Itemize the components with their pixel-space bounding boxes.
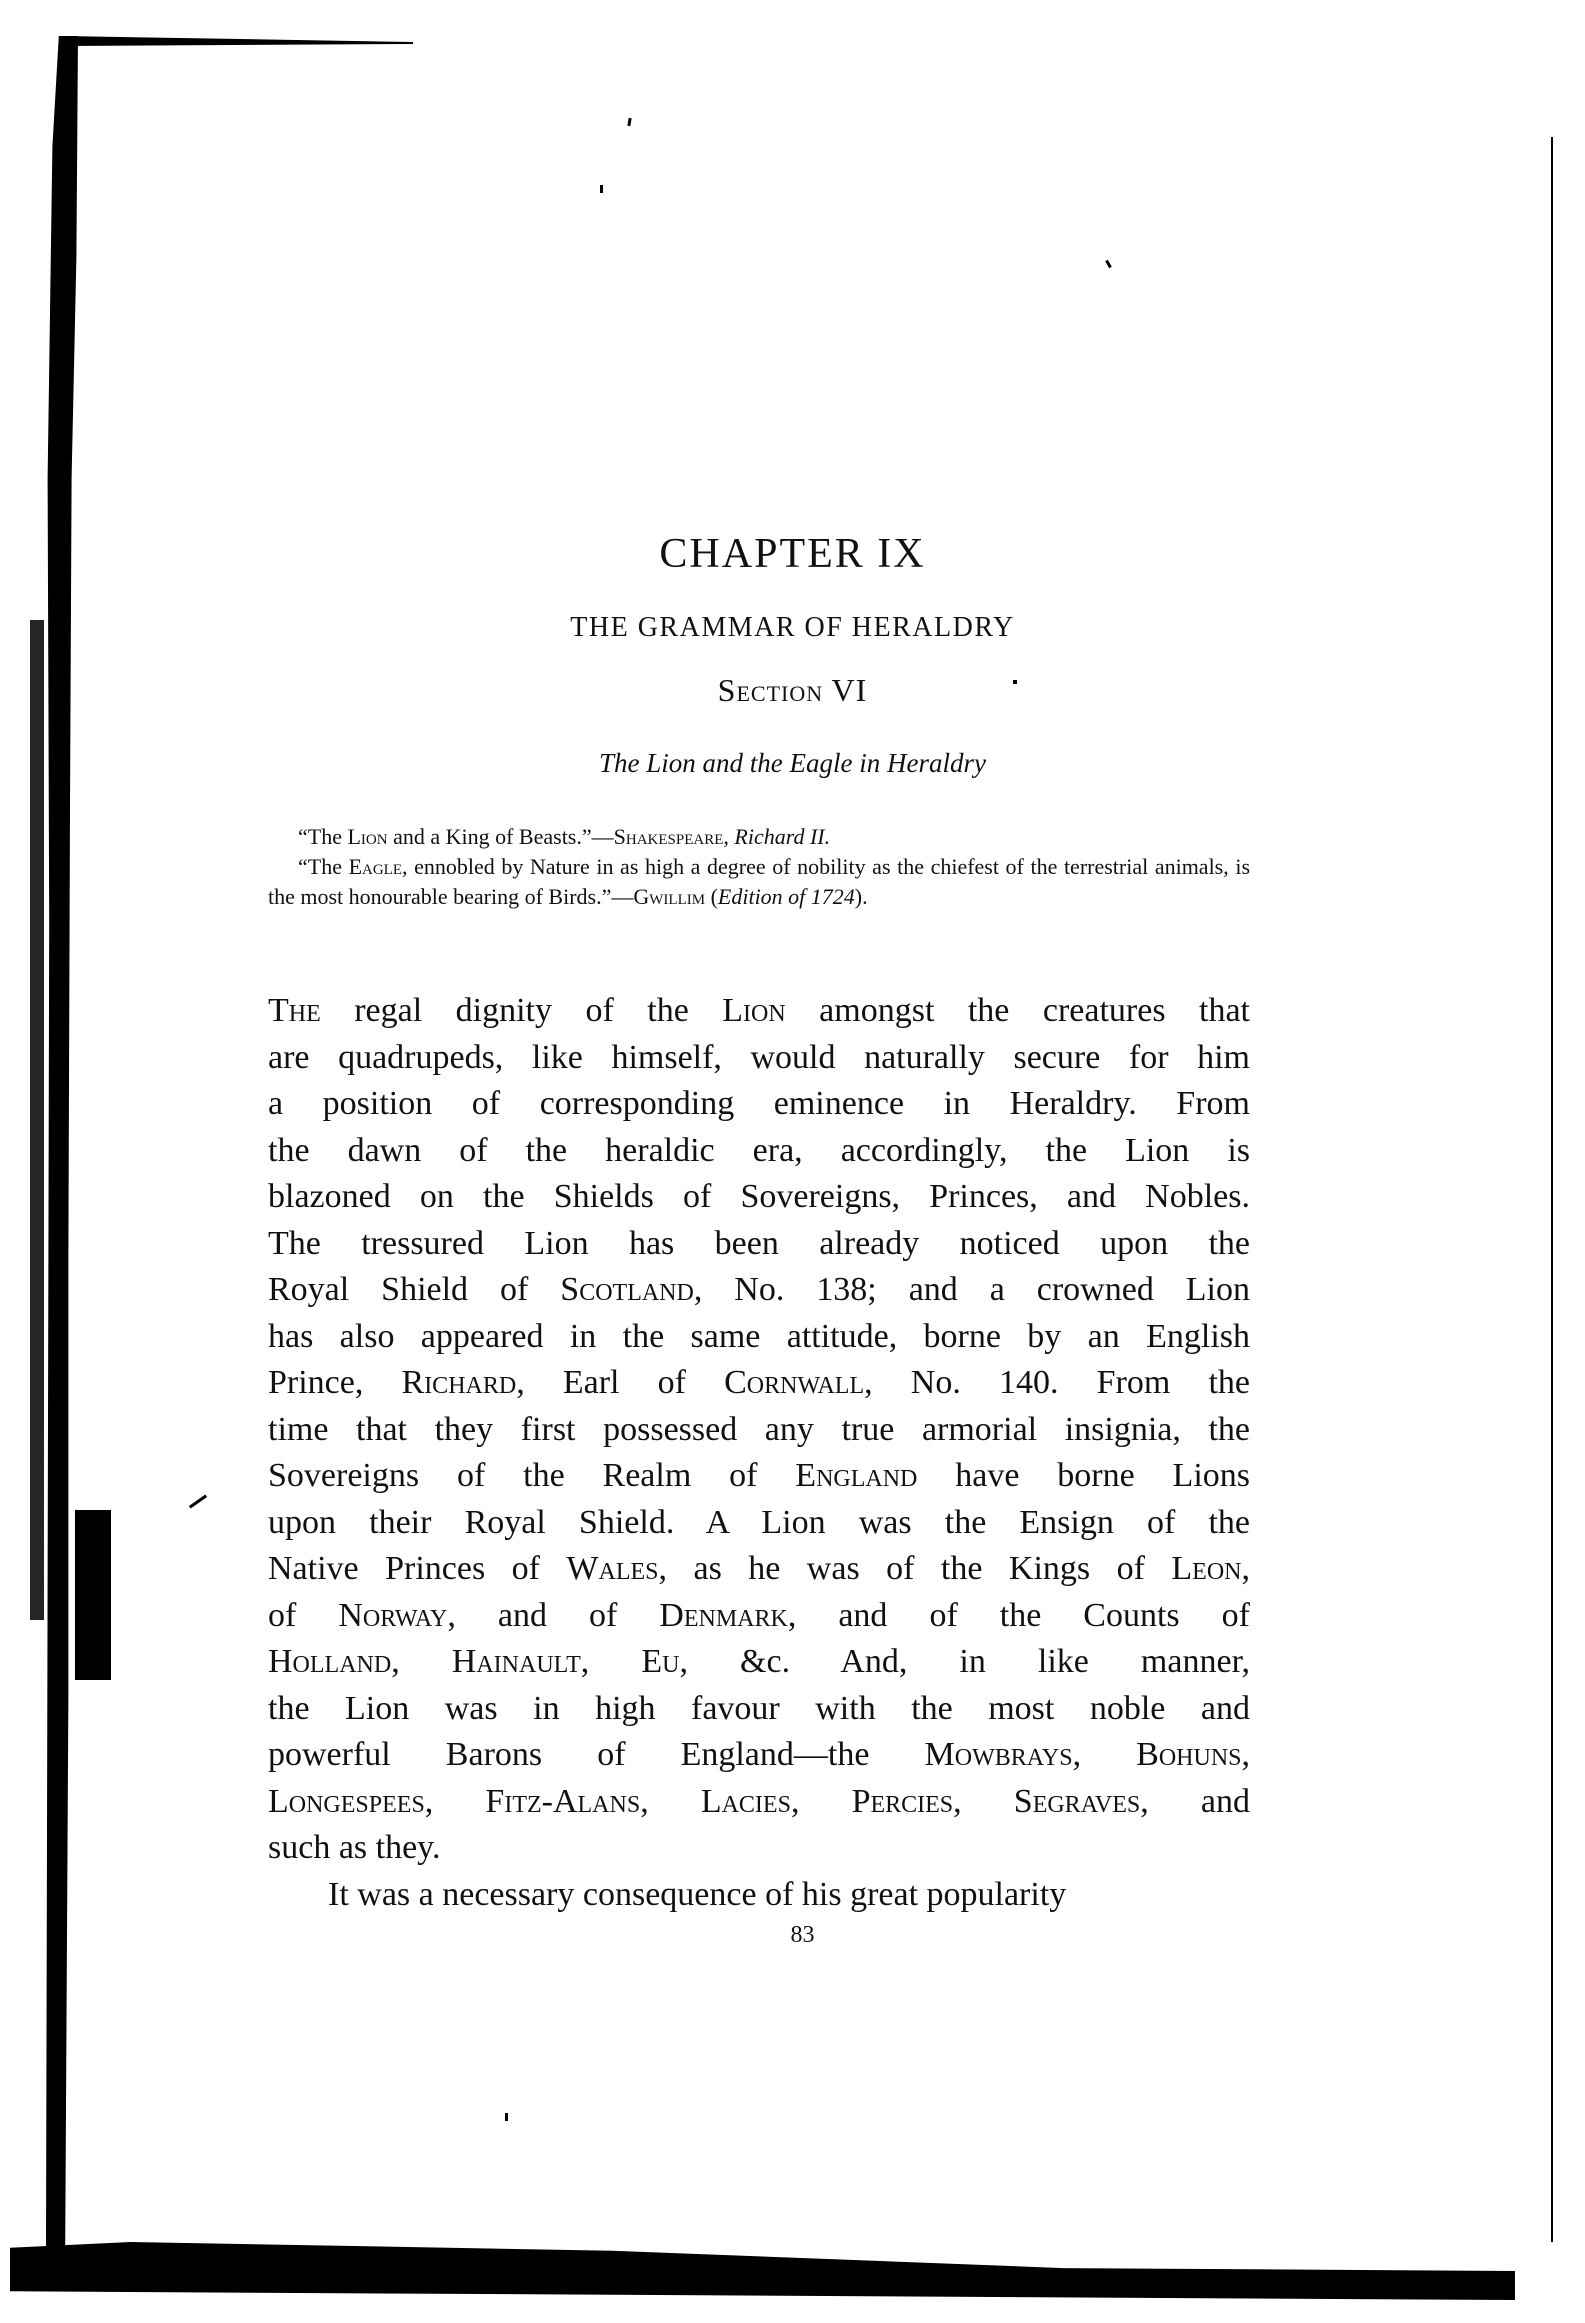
text-segment: blazoned on the Shields of Sovereigns, P… bbox=[268, 1178, 1250, 1215]
text-segment: , bbox=[1073, 1736, 1137, 1773]
text-line: a position of corresponding eminence in … bbox=[268, 1081, 1250, 1128]
text-line: the Lion was in high favour with the mos… bbox=[268, 1686, 1250, 1733]
paragraph-1: The regal dignity of the Lion amongst th… bbox=[268, 988, 1250, 1872]
text-segment: , Earl of bbox=[516, 1364, 724, 1401]
chapter-title: CHAPTER IX bbox=[0, 530, 1585, 578]
epigraph-close: ). bbox=[855, 884, 868, 909]
proper-name: Mowbrays bbox=[925, 1736, 1073, 1773]
proper-name: Denmark bbox=[659, 1597, 788, 1634]
proper-name: Longespees bbox=[268, 1783, 425, 1820]
scan-speck bbox=[505, 2113, 508, 2121]
text-segment: , bbox=[953, 1783, 1014, 1820]
epigraph-author: Shakespeare bbox=[614, 824, 724, 849]
text-segment: Sovereigns of the Realm of bbox=[268, 1457, 795, 1494]
epigraphs: “The Lion and a King of Beasts.”—Shakesp… bbox=[268, 822, 1250, 912]
epigraph-source: Richard II. bbox=[734, 824, 830, 849]
epigraph-separator: ( bbox=[705, 884, 718, 909]
epigraph-separator: , bbox=[723, 824, 734, 849]
epigraph-author: Gwillim bbox=[633, 884, 705, 909]
text-segment: , bbox=[791, 1783, 852, 1820]
proper-name: Holland bbox=[268, 1643, 391, 1680]
proper-name: Lion bbox=[722, 992, 785, 1029]
text-line: It was a necessary consequence of his gr… bbox=[268, 1872, 1250, 1919]
text-segment: , and of bbox=[447, 1597, 659, 1634]
proper-name: England bbox=[795, 1457, 917, 1494]
text-line: Royal Shield of Scotland, No. 138; and a… bbox=[268, 1267, 1250, 1314]
text-segment: The tressured Lion has been already noti… bbox=[268, 1225, 1250, 1262]
scan-speck bbox=[600, 185, 603, 193]
proper-name: The bbox=[268, 992, 321, 1029]
page-number: 83 bbox=[0, 1922, 1585, 1949]
proper-name: Eu bbox=[641, 1643, 679, 1680]
proper-name: Norway bbox=[338, 1597, 447, 1634]
scan-speck bbox=[1105, 260, 1112, 268]
text-segment: , bbox=[581, 1643, 642, 1680]
text-segment: amongst the creatures that bbox=[786, 992, 1250, 1029]
text-segment: , and bbox=[1140, 1783, 1250, 1820]
text-segment: , &c. And, in like manner, bbox=[679, 1643, 1250, 1680]
proper-name: Scotland bbox=[560, 1271, 694, 1308]
paragraph-2: It was a necessary consequence of his gr… bbox=[268, 1872, 1250, 1919]
text-segment: time that they first possessed any true … bbox=[268, 1411, 1250, 1448]
text-segment: are quadrupeds, like himself, would natu… bbox=[268, 1039, 1250, 1076]
scan-binding-block-lower bbox=[75, 1510, 111, 1680]
text-line: The regal dignity of the Lion amongst th… bbox=[268, 988, 1250, 1035]
text-segment: such as they. bbox=[268, 1829, 440, 1866]
text-segment: of bbox=[268, 1597, 338, 1634]
text-segment: , and of the Counts of bbox=[788, 1597, 1250, 1634]
text-segment: have borne Lions bbox=[917, 1457, 1250, 1494]
text-line: has also appeared in the same attitude, … bbox=[268, 1314, 1250, 1361]
epigraph-text: “The bbox=[298, 854, 349, 879]
text-line: Sovereigns of the Realm of England have … bbox=[268, 1453, 1250, 1500]
proper-name: Percies bbox=[852, 1783, 954, 1820]
text-line: are quadrupeds, like himself, would natu… bbox=[268, 1035, 1250, 1082]
text-segment: It was a necessary consequence of his gr… bbox=[328, 1876, 1066, 1913]
text-segment: the dawn of the heraldic era, accordingl… bbox=[268, 1132, 1250, 1169]
text-segment: powerful Barons of England—the bbox=[268, 1736, 925, 1773]
text-line: of Norway, and of Denmark, and of the Co… bbox=[268, 1593, 1250, 1640]
text-line: Longespees, Fitz-Alans, Lacies, Percies,… bbox=[268, 1779, 1250, 1826]
text-line: Native Princes of Wales, as he was of th… bbox=[268, 1546, 1250, 1593]
epigraph-shakespeare: “The Lion and a King of Beasts.”—Shakesp… bbox=[268, 822, 1250, 852]
proper-name: Fitz-Alans bbox=[485, 1783, 640, 1820]
proper-name: Wales bbox=[566, 1550, 658, 1587]
proper-name: Bohuns bbox=[1136, 1736, 1241, 1773]
text-segment: , bbox=[640, 1783, 701, 1820]
text-segment: a position of corresponding eminence in … bbox=[268, 1085, 1250, 1122]
text-segment: Royal Shield of bbox=[268, 1271, 560, 1308]
text-line: powerful Barons of England—the Mowbrays,… bbox=[268, 1732, 1250, 1779]
scan-border-top bbox=[63, 36, 413, 46]
scan-border-bottom bbox=[10, 2242, 1515, 2300]
text-line: blazoned on the Shields of Sovereigns, P… bbox=[268, 1174, 1250, 1221]
epigraph-gwillim: “The Eagle, ennobled by Nature in as hig… bbox=[268, 852, 1250, 912]
text-segment: , bbox=[1242, 1736, 1251, 1773]
section-subtitle: The Lion and the Eagle in Heraldry bbox=[0, 748, 1585, 779]
proper-name: Lacies bbox=[701, 1783, 791, 1820]
part-title: THE GRAMMAR OF HERALDRY bbox=[0, 612, 1585, 644]
proper-name: Segraves bbox=[1014, 1783, 1141, 1820]
epigraph-text: and a King of Beasts.”— bbox=[388, 824, 614, 849]
text-segment: , bbox=[391, 1643, 452, 1680]
text-segment: has also appeared in the same attitude, … bbox=[268, 1318, 1250, 1355]
text-segment: , bbox=[1242, 1550, 1251, 1587]
epigraph-text: “The bbox=[298, 824, 347, 849]
text-segment: regal dignity of the bbox=[321, 992, 723, 1029]
text-segment: , No. 140. From the bbox=[864, 1364, 1250, 1401]
text-segment: Native Princes of bbox=[268, 1550, 566, 1587]
text-segment: , as he was of the Kings of bbox=[659, 1550, 1172, 1587]
scan-binding-shadow-left bbox=[46, 36, 78, 2246]
text-segment: , bbox=[425, 1783, 486, 1820]
text-line: such as they. bbox=[268, 1825, 1250, 1872]
proper-name: Hainault bbox=[452, 1643, 581, 1680]
text-line: upon their Royal Shield. A Lion was the … bbox=[268, 1500, 1250, 1547]
epigraph-source: Edition of 1724 bbox=[718, 884, 855, 909]
text-line: Holland, Hainault, Eu, &c. And, in like … bbox=[268, 1639, 1250, 1686]
text-line: the dawn of the heraldic era, accordingl… bbox=[268, 1128, 1250, 1175]
proper-name: Cornwall bbox=[724, 1364, 864, 1401]
text-segment: Prince, bbox=[268, 1364, 402, 1401]
proper-name: Richard bbox=[402, 1364, 517, 1401]
scan-speck bbox=[189, 1495, 207, 1509]
text-line: The tressured Lion has been already noti… bbox=[268, 1221, 1250, 1268]
proper-name: Leon bbox=[1171, 1550, 1241, 1587]
section-title: Section VI bbox=[0, 672, 1585, 709]
epigraph-subject: Lion bbox=[347, 824, 387, 849]
epigraph-subject: Eagle bbox=[349, 854, 402, 879]
text-line: time that they first possessed any true … bbox=[268, 1407, 1250, 1454]
text-segment: upon their Royal Shield. A Lion was the … bbox=[268, 1504, 1250, 1541]
body-text: The regal dignity of the Lion amongst th… bbox=[268, 988, 1250, 1918]
text-segment: the Lion was in high favour with the mos… bbox=[268, 1690, 1250, 1727]
scan-speck bbox=[627, 118, 631, 126]
text-segment: , No. 138; and a crowned Lion bbox=[694, 1271, 1250, 1308]
text-line: Prince, Richard, Earl of Cornwall, No. 1… bbox=[268, 1360, 1250, 1407]
